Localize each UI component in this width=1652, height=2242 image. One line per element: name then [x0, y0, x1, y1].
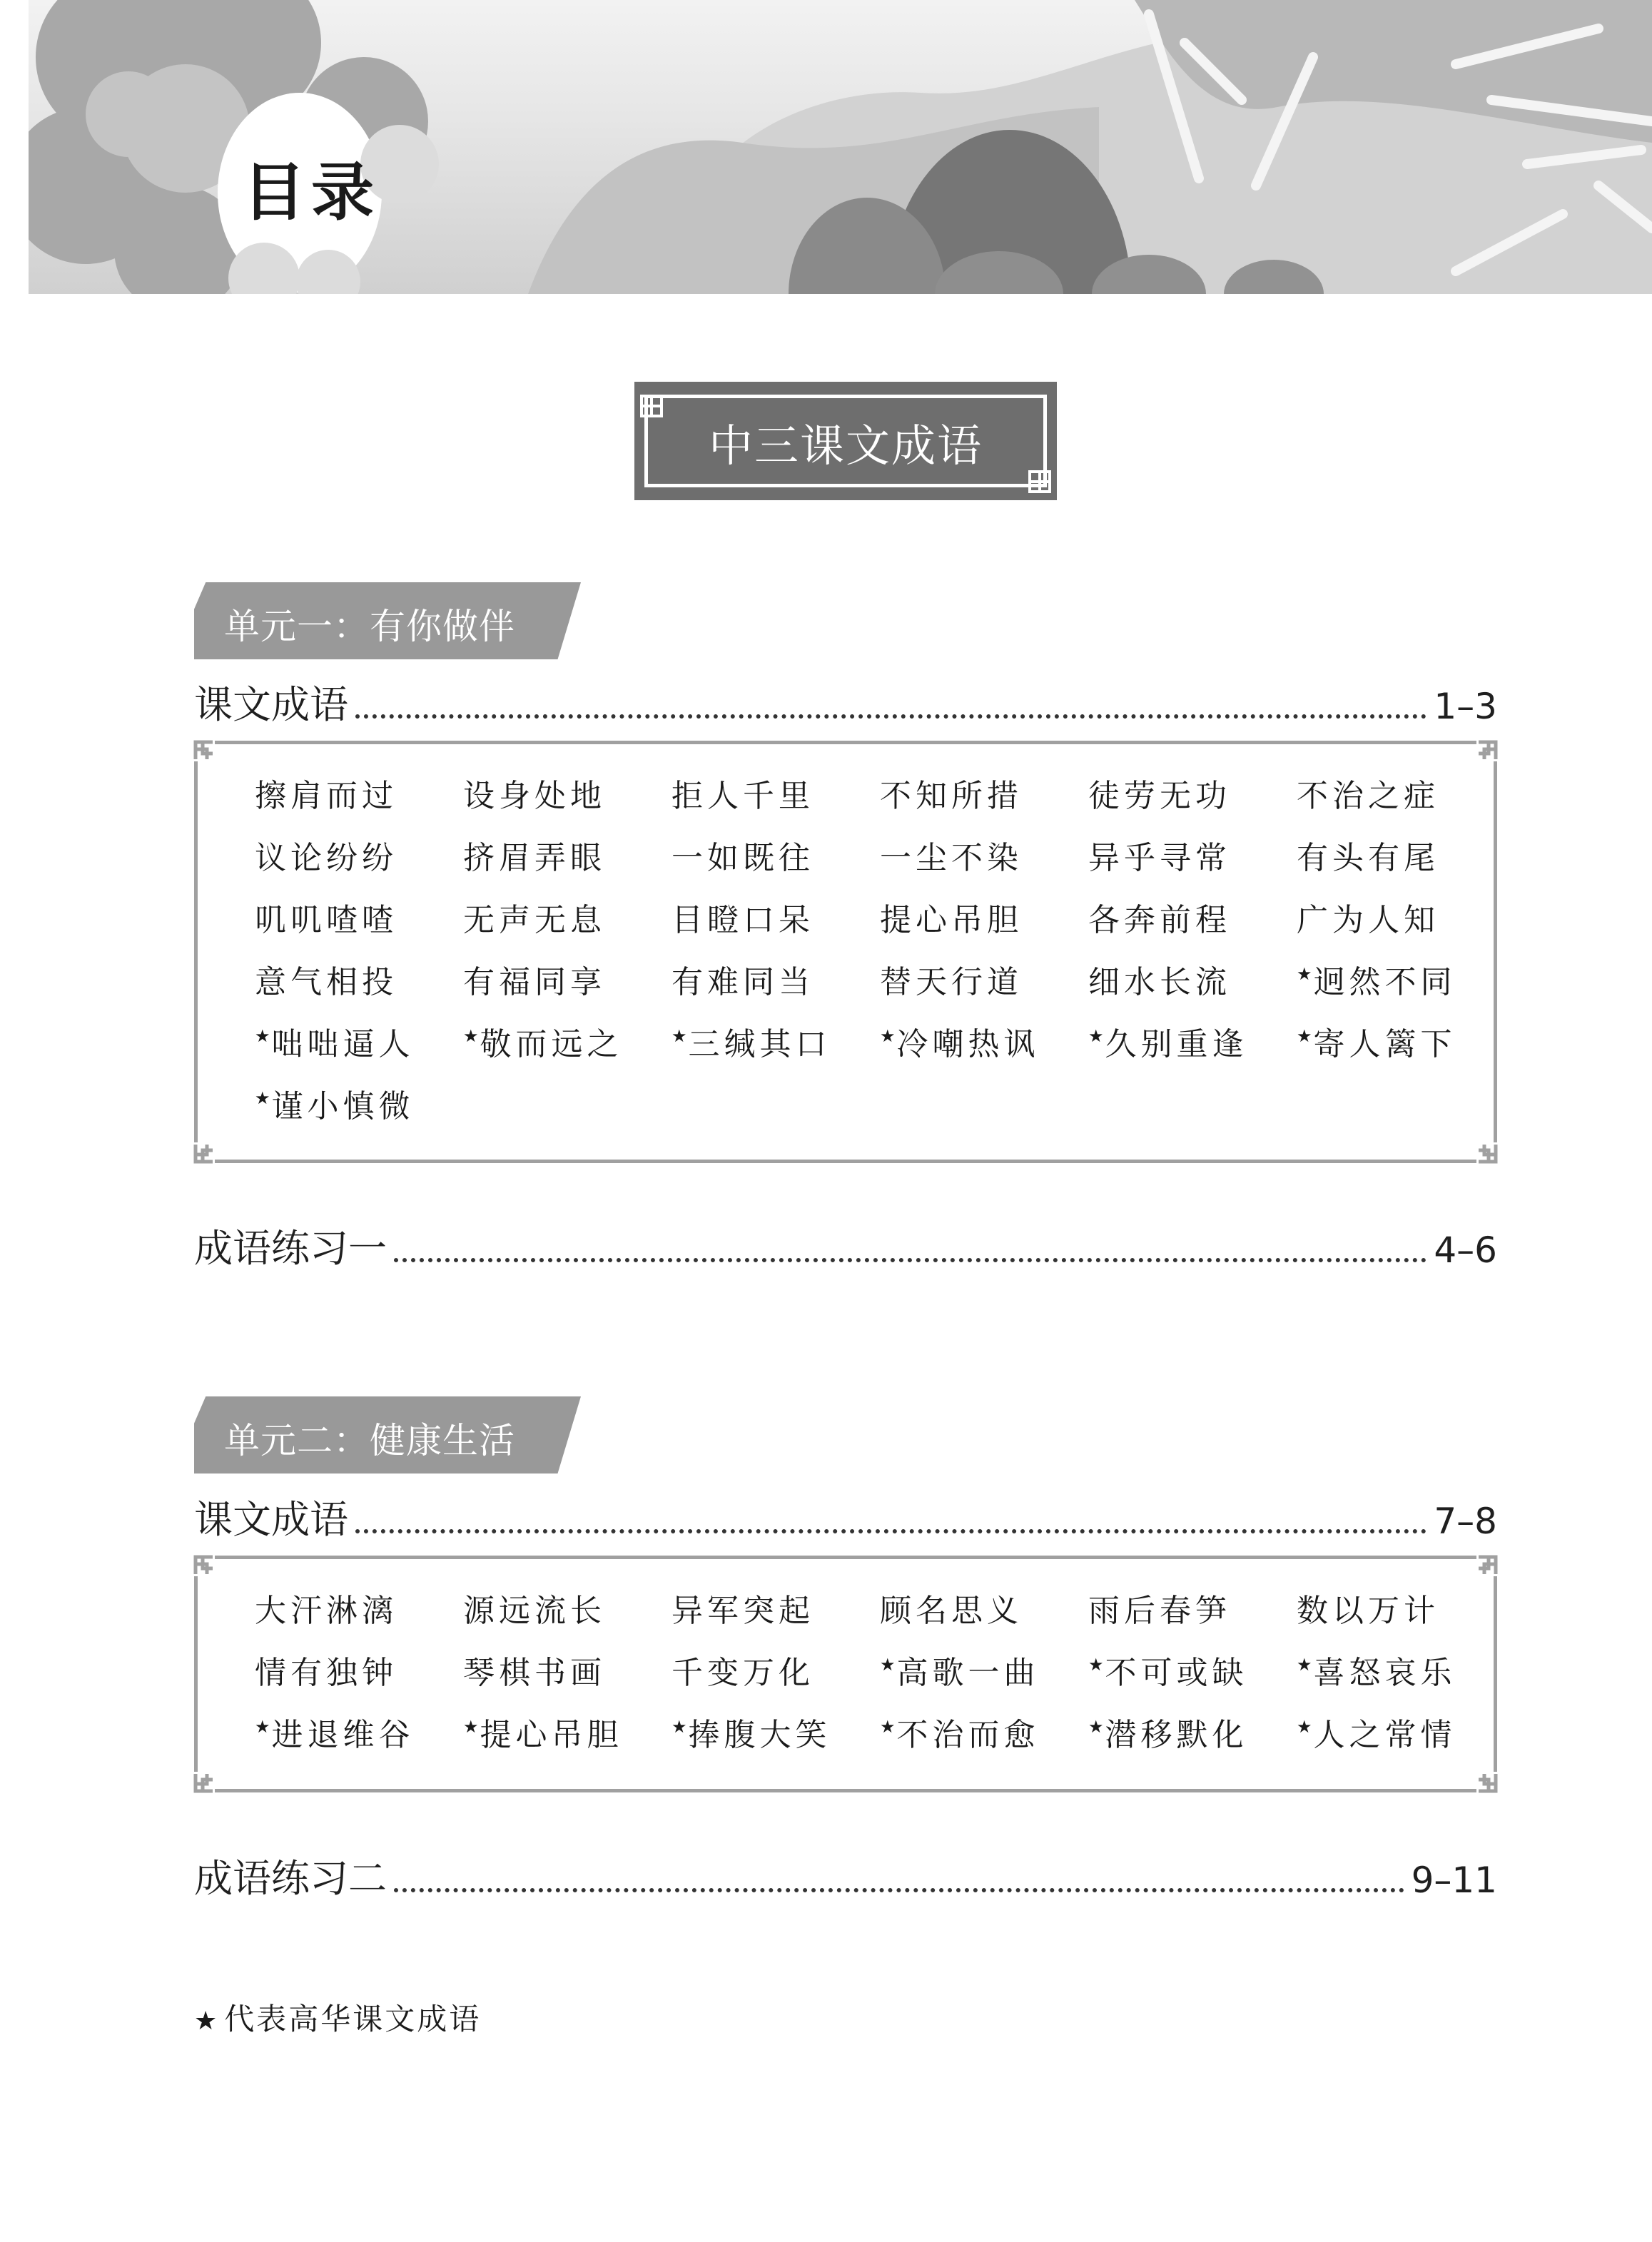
corner-knot-icon [193, 1142, 215, 1164]
idiom-text: 久别重逢 [1105, 1026, 1248, 1062]
star-icon: ★ [255, 1088, 270, 1108]
idiom-item: 议论纷纷 [255, 832, 463, 894]
idiom-item: 无声无息 [463, 894, 672, 956]
idiom-text: 顾名思义 [880, 1593, 1023, 1629]
idiom-text: 拒人千里 [672, 778, 814, 814]
dot-leader [394, 1888, 1404, 1892]
idiom-item: 千变万化 [672, 1647, 880, 1709]
idiom-item: 目瞪口呆 [672, 894, 880, 956]
star-icon: ★ [255, 1717, 270, 1737]
idiom-grid: 擦肩而过设身处地拒人千里不知所措徒劳无功不治之症议论纷纷挤眉弄眼一如既往一尘不染… [255, 770, 1505, 1142]
toc-entry-label: 课文成语 [194, 686, 348, 724]
idiom-text: 雨后春笋 [1088, 1593, 1231, 1629]
star-icon: ★ [1297, 1026, 1312, 1046]
toc-entry-unit2-idioms[interactable]: 课文成语 7–8 [194, 1489, 1497, 1539]
idiom-text: 替天行道 [880, 964, 1023, 1000]
idiom-item: 提心吊胆 [880, 894, 1088, 956]
idiom-item: 不治之症 [1297, 770, 1505, 832]
idiom-item: ★人之常情 [1297, 1709, 1505, 1771]
dot-leader [355, 1529, 1427, 1533]
idiom-text: 叽叽喳喳 [255, 902, 397, 938]
idiom-text: 一如既往 [672, 840, 814, 876]
toc-entry-label: 成语练习一 [194, 1229, 387, 1268]
idiom-text: 喜怒哀乐 [1314, 1655, 1456, 1691]
idiom-text: 不知所措 [880, 778, 1023, 814]
idiom-text: 源远流长 [463, 1593, 606, 1629]
idiom-item: 徒劳无功 [1088, 770, 1297, 832]
idiom-text: 千变万化 [672, 1655, 814, 1691]
idiom-grid: 大汗淋漓源远流长异军突起顾名思义雨后春笋数以万计情有独钟琴棋书画千变万化★高歌一… [255, 1585, 1505, 1771]
idiom-text: 议论纷纷 [255, 840, 397, 876]
idiom-text: 有福同享 [463, 964, 606, 1000]
idiom-item: 细水长流 [1088, 956, 1297, 1018]
idiom-text: 琴棋书画 [463, 1655, 606, 1691]
corner-knot-icon [1476, 1772, 1498, 1793]
idiom-text: 冷嘲热讽 [897, 1026, 1040, 1062]
star-icon: ★ [880, 1026, 896, 1046]
idiom-item: 设身处地 [463, 770, 672, 832]
unit-2-title: 单元二：健康生活 [224, 1412, 515, 1464]
idiom-text: 有头有尾 [1297, 840, 1439, 876]
idiom-item: 替天行道 [880, 956, 1088, 1018]
idiom-text: 一尘不染 [880, 840, 1023, 876]
idiom-text: 潜移默化 [1105, 1717, 1248, 1753]
idiom-item: 各奔前程 [1088, 894, 1297, 956]
idiom-item: ★迥然不同 [1297, 956, 1505, 1018]
idiom-text: 提心吊胆 [880, 902, 1023, 938]
toc-entry-unit1-idioms[interactable]: 课文成语 1–3 [194, 674, 1497, 724]
idiom-item: ★谨小慎微 [255, 1080, 463, 1142]
toc-entry-page: 7–8 [1434, 1503, 1497, 1539]
star-icon: ★ [463, 1717, 479, 1737]
idiom-text: 谨小慎微 [272, 1088, 415, 1125]
footnote: ★代表高华课文成语 [194, 1996, 481, 2039]
idiom-item: ★敬而远之 [463, 1018, 672, 1080]
idiom-text: 目瞪口呆 [672, 902, 814, 938]
idiom-item: ★三缄其口 [672, 1018, 880, 1080]
toc-entry-page: 1–3 [1434, 689, 1497, 724]
idiom-text: 细水长流 [1088, 964, 1231, 1000]
idiom-text: 异乎寻常 [1088, 840, 1231, 876]
unit-2-tag: 单元二：健康生活 [194, 1396, 581, 1473]
unit-1-tag: 单元一：有你做伴 [194, 582, 581, 659]
idiom-item: 不知所措 [880, 770, 1088, 832]
idiom-item: 有头有尾 [1297, 832, 1505, 894]
footnote-text: 代表高华课文成语 [224, 2002, 481, 2036]
idiom-item: 有福同享 [463, 956, 672, 1018]
idiom-item: 叽叽喳喳 [255, 894, 463, 956]
idiom-text: 大汗淋漓 [255, 1593, 397, 1629]
idiom-text: 不可或缺 [1105, 1655, 1248, 1691]
idiom-item: 雨后春笋 [1088, 1585, 1297, 1647]
idiom-item: 一尘不染 [880, 832, 1088, 894]
corner-knot-icon [193, 740, 215, 761]
star-icon: ★ [1088, 1717, 1104, 1737]
idiom-text: 设身处地 [463, 778, 606, 814]
idiom-text: 不治之症 [1297, 778, 1439, 814]
idiom-item: 一如既往 [672, 832, 880, 894]
star-icon: ★ [1088, 1655, 1104, 1675]
grade-title-box: 中三课文成语 [634, 382, 1057, 500]
star-icon: ★ [672, 1717, 687, 1737]
idiom-item: 琴棋书画 [463, 1647, 672, 1709]
idiom-text: 敬而远之 [480, 1026, 623, 1062]
idiom-text: 意气相投 [255, 964, 397, 1000]
idiom-item: ★不治而愈 [880, 1709, 1088, 1771]
idiom-text: 捧腹大笑 [689, 1717, 831, 1753]
idiom-item: 顾名思义 [880, 1585, 1088, 1647]
idiom-text: 擦肩而过 [255, 778, 397, 814]
idiom-item: 有难同当 [672, 956, 880, 1018]
idiom-text: 广为人知 [1297, 902, 1439, 938]
star-icon: ★ [880, 1717, 896, 1737]
idiom-item: 情有独钟 [255, 1647, 463, 1709]
star-icon: ★ [194, 2007, 217, 2036]
idiom-item: ★高歌一曲 [880, 1647, 1088, 1709]
idiom-text: 有难同当 [672, 964, 814, 1000]
idiom-item: 擦肩而过 [255, 770, 463, 832]
idiom-item: ★冷嘲热讽 [880, 1018, 1088, 1080]
star-icon: ★ [672, 1026, 687, 1046]
idiom-text: 异军突起 [672, 1593, 814, 1629]
idiom-text: 情有独钟 [255, 1655, 397, 1691]
idiom-item: 数以万计 [1297, 1585, 1505, 1647]
idiom-item: 拒人千里 [672, 770, 880, 832]
idiom-text: 人之常情 [1314, 1717, 1456, 1753]
idiom-item: ★捧腹大笑 [672, 1709, 880, 1771]
dot-leader [394, 1258, 1427, 1262]
toc-entry-unit2-exercise[interactable]: 成语练习二 9–11 [194, 1848, 1497, 1898]
star-icon: ★ [1088, 1026, 1104, 1046]
idiom-text: 数以万计 [1297, 1593, 1439, 1629]
idiom-item: 广为人知 [1297, 894, 1505, 956]
dot-leader [355, 714, 1427, 719]
unit-1-title: 单元一：有你做伴 [224, 598, 515, 649]
star-icon: ★ [1297, 1717, 1312, 1737]
idiom-text: 高歌一曲 [897, 1655, 1040, 1691]
unit-2-idiom-frame: 大汗淋漓源远流长异军突起顾名思义雨后春笋数以万计情有独钟琴棋书画千变万化★高歌一… [194, 1556, 1497, 1792]
grade-title: 中三课文成语 [634, 410, 1057, 474]
idiom-item: 异军突起 [672, 1585, 880, 1647]
idiom-text: 寄人篱下 [1314, 1026, 1456, 1062]
idiom-text: 挤眉弄眼 [463, 840, 606, 876]
corner-knot-icon [1476, 1142, 1498, 1164]
toc-entry-page: 4–6 [1434, 1232, 1497, 1268]
idiom-text: 不治而愈 [897, 1717, 1040, 1753]
idiom-item: 异乎寻常 [1088, 832, 1297, 894]
idiom-item: ★喜怒哀乐 [1297, 1647, 1505, 1709]
idiom-text: 三缄其口 [689, 1026, 831, 1062]
star-icon: ★ [880, 1655, 896, 1675]
toc-entry-page: 9–11 [1412, 1862, 1497, 1898]
corner-knot-icon [193, 1772, 215, 1793]
idiom-item: 源远流长 [463, 1585, 672, 1647]
corner-knot-icon [1476, 1555, 1498, 1576]
header-banner: 目录 [29, 0, 1652, 294]
star-icon: ★ [463, 1026, 479, 1046]
page-title: 目录 [243, 143, 380, 233]
star-icon: ★ [1297, 964, 1312, 984]
idiom-item: ★不可或缺 [1088, 1647, 1297, 1709]
idiom-item: ★提心吊胆 [463, 1709, 672, 1771]
toc-entry-label: 课文成语 [194, 1501, 348, 1539]
idiom-text: 各奔前程 [1088, 902, 1231, 938]
idiom-text: 提心吊胆 [480, 1717, 623, 1753]
unit-1-idiom-frame: 擦肩而过设身处地拒人千里不知所措徒劳无功不治之症议论纷纷挤眉弄眼一如既往一尘不染… [194, 741, 1497, 1163]
idiom-item: ★寄人篱下 [1297, 1018, 1505, 1080]
idiom-text: 进退维谷 [272, 1717, 415, 1753]
toc-entry-unit1-exercise[interactable]: 成语练习一 4–6 [194, 1218, 1497, 1268]
idiom-text: 咄咄逼人 [272, 1026, 415, 1062]
idiom-item: ★咄咄逼人 [255, 1018, 463, 1080]
star-icon: ★ [255, 1026, 270, 1046]
idiom-item: 大汗淋漓 [255, 1585, 463, 1647]
toc-entry-label: 成语练习二 [194, 1860, 387, 1898]
idiom-item: ★进退维谷 [255, 1709, 463, 1771]
corner-knot-icon [193, 1555, 215, 1576]
idiom-text: 无声无息 [463, 902, 606, 938]
star-icon: ★ [1297, 1655, 1312, 1675]
idiom-item: ★潜移默化 [1088, 1709, 1297, 1771]
idiom-text: 迥然不同 [1314, 964, 1456, 1000]
idiom-item: 意气相投 [255, 956, 463, 1018]
idiom-item: ★久别重逢 [1088, 1018, 1297, 1080]
idiom-text: 徒劳无功 [1088, 778, 1231, 814]
idiom-item: 挤眉弄眼 [463, 832, 672, 894]
corner-knot-icon [1476, 740, 1498, 761]
